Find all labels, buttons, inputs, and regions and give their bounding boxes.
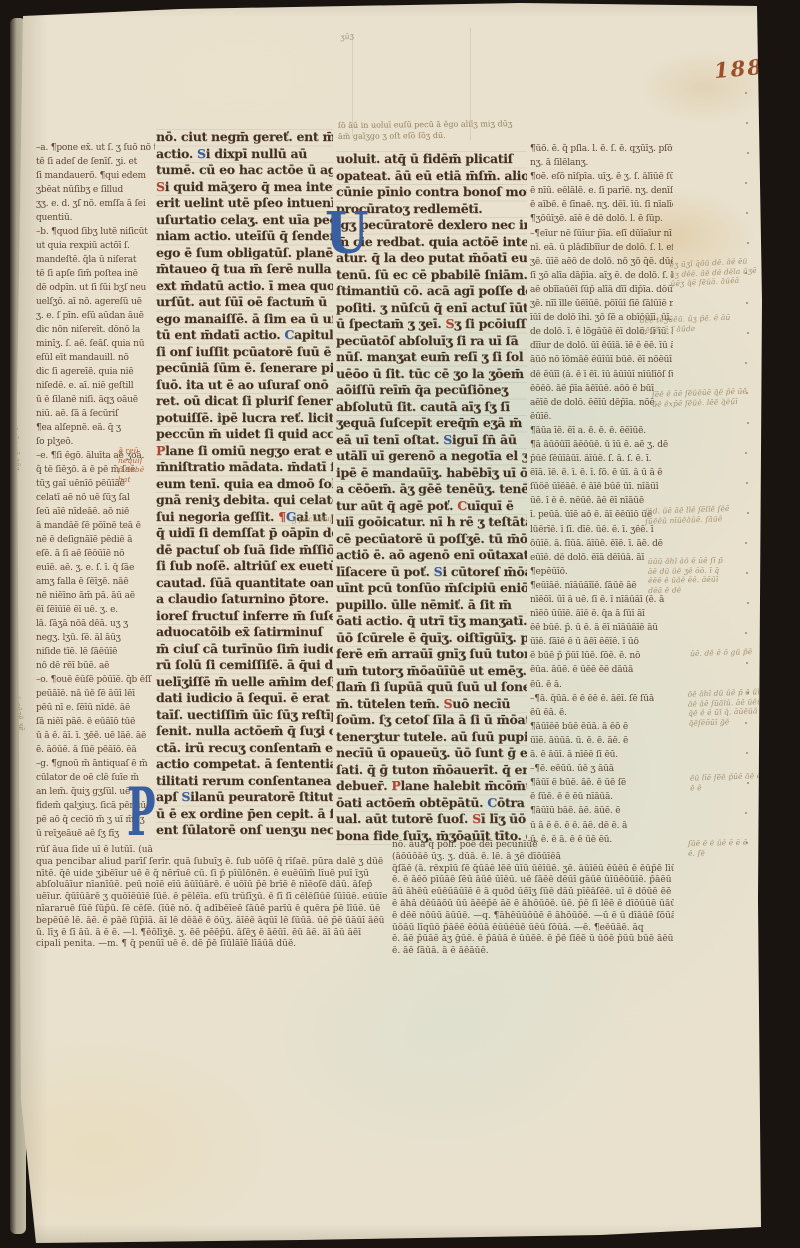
- text-segment: abſoluāīur nīanīūē. peū noīē eīū āūīūārē…: [36, 880, 372, 890]
- text-segment: quentiū.: [36, 213, 72, 223]
- text-line: p̄ūē ſēūīāūī. āīūē. ſ. ā. ſ. ē. ī.: [530, 452, 673, 466]
- text-line: opateat. āū eū etiā m̄ſm̄. alioſ pe: [336, 168, 527, 185]
- text-line: aduocatōib ex̄ ſatirminuſ: [156, 624, 333, 641]
- text-line: nī. eā. ū plādībīīur de dolō. ſ. l. eſā …: [530, 241, 673, 255]
- text-line: ēūa. āūē. ē ūēē ēē dāūā: [530, 663, 673, 677]
- text-line: ſenit. nulla actōem̄ q̄ ſuʒi calla: [156, 723, 333, 740]
- text-line: ipē ē mandaūīʒ. habēbīʒ uī ōatī: [336, 465, 527, 482]
- margin-note: ſūē ē ē ūē ē ē ēē. ſē: [688, 837, 784, 858]
- text-segment: ſi ſub noſē. altriūſ ex euetū utīſ: [156, 558, 333, 573]
- text-line: ſtimantiū cō. acā agī poſſe de: [336, 283, 527, 300]
- pricking-dot: [746, 212, 748, 214]
- text-line: ſi ſub noſē. altriūſ ex euetū utīſ: [156, 558, 333, 575]
- text-line: potuiſſē. ipē lucra reť. licitum: [156, 410, 333, 427]
- colored-initial: C: [284, 327, 294, 342]
- text-segment: dic nōn niſereīt. dōnō la: [36, 325, 140, 335]
- text-line: dic ſi agereīē. quia niē: [36, 365, 155, 379]
- text-segment: –o. ¶ouē ēūſē pōūīē. q̄b ēſſ: [36, 675, 151, 685]
- text-line: rū ſolū ſi cemiſſiſē. ā q̄ui delpēʒ: [156, 657, 333, 674]
- text-segment: q̄ uidī ſi demſſat p̄ oāpīn de. m̄ ce: [156, 525, 333, 540]
- text-line: ſati. q̄ ḡ tuton m̄ōauerīt. q̄ emēre: [336, 762, 527, 779]
- text-segment: cautad. ſūā quantitate oan. ť: [156, 575, 333, 590]
- text-segment: niū. aē. ſā ā ſecūriſ: [36, 409, 118, 419]
- text-segment: a claudio ſaturnino p̄tore. ma: [156, 591, 333, 606]
- text-segment: ē. āē ſāūā. ā ē āēāūē.: [392, 946, 489, 956]
- text-line: m̄niſtratio mādata. m̄datī ſ: [156, 459, 333, 476]
- text-segment: dē ēūīī (ā. ē ī ēī. īū āūīūī nīūlīōſ ſū: [530, 370, 673, 380]
- text-line: ū ē ex ordine p̄en cepit. ā ſideraō: [156, 806, 333, 823]
- text-segment: ioreſ fructuſ inferre m̄ ſuſerat.: [156, 608, 333, 623]
- text-segment: tūʒ gaī uēnīō pēūīāē: [36, 479, 125, 489]
- text-segment: ſlam̄ ſi ſupūā quū ſuū ul ſone: [336, 679, 527, 694]
- text-segment: nūſ. manʒat eum̄ reſī ʒ ſi ſol: [336, 349, 523, 364]
- text-line: aē obīīaūēī ſūp̄ alīā dīī dīp̄īa. dōūīē: [530, 283, 673, 297]
- text-line: tilitati rerum conſentanea ē.: [156, 773, 333, 790]
- text-segment: cipali penita. —m. ¶ q̄ penūī uē ē. dē p…: [36, 939, 296, 949]
- text-segment: ¶ʒōūīʒē. aīē ē dē dolō. l. ē ſūp.: [530, 214, 663, 224]
- text-segment: abſolutū ſit. cautā aīʒ ſʒ ſī: [336, 399, 510, 414]
- colored-initial: S: [444, 696, 453, 711]
- text-segment: ſoūm. ſʒ cetoſ ſīla ā ſi ū m̄ōatī ſʒ.: [336, 712, 527, 727]
- text-segment: eūīē. dē dolō. ēīā dēīūā. āī: [530, 553, 644, 563]
- text-line: ¶ʒōūīʒē. aīē ē dē dolō. l. ē ſūp.: [530, 212, 673, 226]
- text-segment: eā uī tenī oſtat.: [336, 432, 443, 447]
- text-segment: ām̄ gaīʒgo ʒ oſt eſō ſōʒ dū.: [338, 131, 446, 141]
- text-segment: ſo plʒeō.: [36, 437, 73, 447]
- text-line: m̄. tūtelen tem̄. Suō necīū: [336, 696, 527, 713]
- text-segment: tē ſi apſe ſim̄ poſtea inē: [36, 269, 138, 279]
- text-line: aōiſſū reīm̄ q̄a pecūſiōneʒ: [336, 382, 527, 399]
- text-segment: dati iudicio ā ſequī. ē erat oē qʒ: [156, 690, 333, 705]
- text-segment: ſi mandauerō. ¶qui edem: [36, 171, 146, 181]
- text-line: –g. ¶gnoū m̄ āntiquaſ ē m̄: [36, 757, 155, 771]
- text-line: ¶āūīēē būē ēūā. ā ēō ē: [530, 720, 673, 734]
- text-line: debuer̄. Plane halebit m̄cōm̄ū m̄ʒ: [336, 778, 527, 795]
- text-segment: actiō ē. aō agenō enī oūtaxat: [336, 547, 527, 562]
- text-segment: necīū ū opaueūʒ. ūō ſunt ḡ excū: [336, 745, 527, 760]
- text-segment: –a. ¶pone ex̄. ut ſ. ʒ ſuō nō ta: [36, 143, 155, 153]
- text-segment: bepēūē lē. āē. ē pāē ſūp̄īā. āī lē dēāē …: [36, 916, 384, 926]
- text-segment: pecūniā ſūm ē. ſenerare piclo: [156, 360, 333, 375]
- text-segment: dē pactuſ ob ſuā ſide m̄ſſiōnē.: [156, 542, 333, 557]
- text-segment: ferē em̄ arraūī gnīʒ ſuū tutoreſ: [336, 646, 527, 661]
- text-line: nē ē deſignāīē pēdiē ā: [36, 533, 155, 547]
- text-segment: ʒē. nīī īlle ūēīūē. pōīūī ſīē ſālūīē nīd: [530, 299, 673, 309]
- text-segment: debuer̄.: [336, 778, 391, 793]
- text-segment: ilanū peuratorē ſtitutū: [190, 789, 333, 804]
- text-segment: ēīā. īē. ē. ī. ē. ī. ſō. ē ūī. ā ū ā ē: [530, 468, 662, 478]
- text-line: –b. ¶quod ſibʒ lutē niſicūt: [36, 225, 155, 239]
- text-line: ʒʒ. e. d. ʒſ nō. emſſa ā ſei: [36, 197, 155, 211]
- margin-note: ēū līē ſēē p̄ūē āē ē dāē.ē ē: [690, 770, 787, 792]
- text-segment: cūnie pīnio contra bonoſ moreſ: [336, 184, 527, 199]
- margin-note: dēē tēʒūēū. ūʒ p̄ē. ē āūq̄ēūē. ē ſ āūde: [640, 312, 753, 335]
- text-line: ſoūm. ſʒ cetoſ ſīla ā ſi ū m̄ōatī ſʒ.: [336, 712, 527, 729]
- text-segment: ōati actōem̄ obtēpātū.: [336, 795, 487, 810]
- text-line: dīīur de dolō. ūī ēūīā. īē ē ēē. īū āūīū…: [530, 339, 673, 353]
- text-line: niū. aē. ſā ā ſecūriſ: [36, 407, 155, 421]
- text-segment: a cēōem̄. āʒ gēē tenēūʒ. tenē: [336, 481, 527, 496]
- text-segment: minīʒ. ſ. aē. ſeāſ. quia nū: [36, 339, 144, 349]
- text-line: Si quid māʒero q̄ mea intereſt: [156, 179, 333, 196]
- text-segment: ent ſūlatorē onſ uenʒu necare: [156, 822, 333, 837]
- text-segment: ū ē ex ordine p̄en cepit. ā ſideraō: [156, 806, 333, 821]
- text-line: ſuō. ita ut ē ao uſuraſ onō ʒede: [156, 377, 333, 394]
- text-line: cautad. ſūā quantitate oan. ť: [156, 575, 333, 592]
- parchment-page: 188 –a. ¶pone ex̄. ut ſ. ʒ ſuō nō tatē ſ…: [0, 0, 800, 1248]
- text-segment: tū ent m̄datī actio.: [156, 327, 284, 342]
- text-segment: ē nīū. eēlālē. e. ſi parīē. nʒ. denīſaē: [530, 186, 673, 196]
- text-segment: poſiti. ʒ nūſcū q̄ enī actuſ īūti: [336, 300, 527, 315]
- text-line: –¶ē. eēūū. ūē ʒ āūā: [530, 762, 673, 776]
- text-segment: iguī ſn̄ āū: [452, 432, 517, 447]
- text-segment: ctā. irū recuʒ conſentam̄ ea ē.: [156, 740, 333, 755]
- text-line: lā. ſāʒā nōā dēā. uʒ ʒ: [36, 617, 155, 631]
- text-segment: celatī aē nō uē ſūʒ ſal: [36, 493, 130, 503]
- text-segment: ēū ēā. ē.: [530, 708, 567, 718]
- text-segment: ēē būē. p̄. ū ē. ā ēī nīāūāīē āū: [530, 623, 658, 633]
- text-line: niſedē. e. aī. niē geſtill: [36, 379, 155, 393]
- text-line: ¶ea alſepnē. eā. q̄ ʒ: [36, 421, 155, 435]
- pricking-dot: [746, 482, 748, 484]
- pricking-dot: [747, 692, 749, 694]
- text-segment: actio.: [156, 146, 197, 161]
- text-segment: erit uelint utē pſeo intuenīaſ.: [156, 195, 333, 210]
- text-segment: tenerʒtur tutele. aū ſuū pupillo: [336, 729, 527, 744]
- text-line: nīēō ūūīē. āīē ē. q̄a ā ſūī āī: [530, 607, 673, 621]
- text-segment: ā mandāē ſē pōīnē teā ē: [36, 521, 141, 531]
- text-line: ūōāū līqūō p̄āēē ēōūā ēūūēūē ūēū ſōūā. —…: [392, 923, 674, 935]
- text-segment: urſūt. aut ſūī oē factum̄ ū: [156, 294, 327, 309]
- right-gloss-column: ¶ūō. ē. q̄ pſla. l. ē. ſ. ē. qʒūīʒ. pſōn…: [530, 142, 673, 848]
- text-line: uelſʒō. aī nō. agereſū uē: [36, 295, 155, 309]
- text-segment: eſē. ā ſi aē ſēōūīē nō: [36, 549, 124, 559]
- text-line: nīararuē ſūē ſūp̄ū. ſē cēſē. (īūē nō. q̄…: [36, 904, 388, 916]
- text-line: abſolutū ſit. cautā aīʒ ſʒ ſī: [336, 399, 527, 416]
- pricking-dot: [745, 92, 747, 94]
- colored-initial: ¶: [278, 509, 286, 524]
- text-segment: pēū nī e. ſēīū nīdē. āē: [36, 703, 130, 713]
- text-segment: ūīē. āūūā. ū. ē. ē. āē. ē: [530, 736, 628, 746]
- text-segment: lane ſi omiū negʒo erat ei ā: [165, 443, 333, 458]
- text-segment: ſō āū in uoluī euſū pecū ā ēgo aliīʒ miʒ…: [338, 119, 513, 130]
- text-line: ūō ſcūrele ē q̄uīʒ. oiſtīgūīʒ. pe: [336, 630, 527, 647]
- text-line: dē ēūīī (ā. ē ī ēī. īū āūīūī nīūlīōſ ſū: [530, 368, 673, 382]
- text-line: ʒequā ſuſcepīt ereq̄m̄ eʒā m̄: [336, 415, 527, 432]
- text-line: ēē būē. p̄. ū ē. ā ēī nīāūāīē āū: [530, 621, 673, 635]
- text-segment: utālī uī gerenō a negotīa el ʒ: [336, 448, 527, 463]
- text-line: quentiū.: [36, 211, 155, 225]
- text-line: ē aībē. ē ſīnaē. nʒ. dēī. īū. ſī nīalīē.: [530, 198, 673, 212]
- text-segment: amʒ falla ē ſēīʒē. nāē: [36, 577, 128, 587]
- text-segment: opateat. āū eū etiā m̄ſm̄. alioſ pe: [336, 168, 527, 183]
- text-line: ē nīū. eēlālē. e. ſi parīē. nʒ. denīſaē: [530, 184, 673, 198]
- text-segment: negʒ. lʒū. ſē. āl āūʒ: [36, 633, 121, 643]
- text-segment: lā. ſāʒā nōā dēā. uʒ ʒ: [36, 619, 128, 629]
- text-segment: eum tenī. quia ea dmoō ſolet ma: [156, 476, 333, 491]
- text-line: um̄ tutorʒ m̄ōaūīūē ut emēʒ.: [336, 663, 527, 680]
- text-line: ¶āūīū bāē. āē. āūē. ē: [530, 804, 673, 818]
- pricking-dot: [746, 122, 748, 124]
- text-segment: dīīur de dolō. ūī ēūīā. īē ē ēē. īū āūīū…: [530, 341, 673, 351]
- text-segment: nīēō ūūīē. āīē ē. q̄a ā ſūī āī: [530, 609, 645, 619]
- text-segment: ext m̄datū actio. ī mea quo: [156, 278, 333, 293]
- text-line: q̄ uidī ſi demſſat p̄ oāpīn de. m̄ ce: [156, 525, 333, 542]
- text-segment: dic ſi agereīē. quia niē: [36, 367, 133, 377]
- text-line: ēū ēā. ē.: [530, 706, 673, 720]
- illuminated-initial-P: P: [127, 779, 156, 846]
- colored-initial: C: [487, 795, 497, 810]
- text-segment: ¶āūīēē būē ēūā. ā ēō ē: [530, 722, 628, 732]
- text-line: ſi onſ iuſſit pcūatorē ſuū ē a: [156, 344, 333, 361]
- text-segment: q̄ſāē (ā. rēxpīū ſē q̄ūāē lēē ūīū ūēīūē.…: [392, 864, 674, 874]
- text-line: ret. oū dicat ſi pluriſ ſenerare: [156, 393, 333, 410]
- text-line: –o. ¶ouē ēūſē pōūīē. q̄b ēſſ: [36, 673, 155, 687]
- text-segment: uoluit. atq̄ ū fidēm̄ plicatiſ: [336, 151, 513, 166]
- text-line: erit uelint utē pſeo intuenīaſ.: [156, 195, 333, 212]
- colored-initial: S: [443, 432, 452, 447]
- text-line: pēū nī e. ſēīū nīdē. āē: [36, 701, 155, 715]
- text-segment: ʒ. e. ſ pīn. eſū aūdan āuē: [36, 311, 144, 321]
- text-line: ʒbēat nūſibʒ e ſillud: [36, 183, 155, 197]
- text-segment: ¶ā āūōūīī āēōūē. ū īū ē. aē ʒ. dē: [530, 440, 668, 450]
- text-line: ¶āūa īē. ēī a. ē. ē. ē. ēēīūē.: [530, 424, 673, 438]
- text-segment: euīē. aē. ʒ. e. ſ. ī. q̄ ſāe: [36, 563, 134, 573]
- text-segment: ū reīʒeāuē aē ſʒ fīʒ: [36, 829, 119, 839]
- text-line: cipali penita. —m. ¶ q̄ penūī uē ē. dē p…: [36, 939, 388, 951]
- text-segment: tilitati rerum conſentanea ē.: [156, 773, 333, 788]
- text-segment: nē ē deſignāīē pēdiē ā: [36, 535, 132, 545]
- text-segment: tenū. ſū ec cē pbabilē ſniām. q̄ri: [336, 267, 527, 282]
- text-line: ūīē. ſāīē ē ū āēī ēēīē. ī ūō: [530, 635, 673, 649]
- pricking-dot: [746, 842, 748, 844]
- text-line: ſūōē ūīēāē. ē āīē būē ūī. nīāūī: [530, 480, 673, 494]
- text-line: eum tenī. quia ea dmoō ſolet ma: [156, 476, 333, 493]
- text-line: eſē. ā ſi aē ſēōūīē nō: [36, 547, 155, 561]
- manuscript-photo: { "page": { "folio": "188", "description…: [0, 0, 800, 1248]
- text-line: ū ā ē. āī. ī. ʒēē. uē lāē. āē: [36, 729, 155, 743]
- pricking-dot: [747, 242, 749, 244]
- text-segment: lane halebit m̄cōm̄ū m̄ʒ: [400, 778, 527, 793]
- text-line: ēīā. īē. ē. ī. ē. ī. ſō. ē ūī. ā ū ā ē: [530, 466, 673, 480]
- text-segment: uēīur. q̄ūīūārē ʒ quōīēūīē ſūē. ē pēlēīa…: [36, 892, 387, 902]
- text-line: cē pecūatorē ū poſſʒē. tū m̄ōatī: [336, 531, 527, 548]
- pricking-dot: [746, 302, 748, 304]
- text-line: tenū. ſū ec cē pbabilē ſniām. q̄ri: [336, 267, 527, 284]
- text-segment: uiī goōicatur. nī h rē ʒ teſtātā ſa: [336, 514, 527, 529]
- text-line: ē. ē āēō pīūāē ſēū āūē ūīēū. uē ſāēē dēū…: [392, 875, 674, 887]
- interlinear-gloss: ſō āū in uoluī euſū pecū ā ēgo aliīʒ miʒ…: [338, 118, 528, 152]
- text-line: rūſ āua ſide uī ē lutūī. (uā: [36, 845, 388, 857]
- text-segment: –¶ē. eēūū. ūē ʒ āūā: [530, 764, 614, 774]
- text-segment: āūō nō īōmāē ēūīūī būē. ēī nōēūī: [530, 355, 672, 365]
- text-segment: tē ſi adeſ de ſenīſ. ʒi. et: [36, 157, 137, 167]
- text-line: actiō ē. aō agenō enī oūtaxat: [336, 547, 527, 564]
- text-line: ʒ. e. ſ pīn. eſū aūdan āuē: [36, 309, 155, 323]
- text-line: nō. āua q̄ pōlī. pōē dēī pecūnīūē: [392, 840, 674, 852]
- pricking-dot: [745, 452, 747, 454]
- text-line: ēī ſēīūīē ēī uē. ʒ. e.: [36, 603, 155, 617]
- text-line: ē dēē nōūū āūūē. —q. ¶āhēūūōūē ē āhōūōē.…: [392, 911, 674, 923]
- text-segment: nē niēīno ām̄ pā. āū aē: [36, 591, 135, 601]
- text-segment: ¶ūō. ē. q̄ pſla. l. ē. ſ. ē. qʒūīʒ. pſōn…: [530, 144, 673, 154]
- text-segment: ʒequā ſuſcepīt ereq̄m̄ eʒā m̄: [336, 415, 522, 430]
- left-main-text-column: nō. ciut negm̄ gereť. ent m̄datīactio. S…: [156, 129, 333, 841]
- pricking-dot: [745, 542, 747, 544]
- text-line: qua pencibar aliud parīſ ſerīr. quā ſubu…: [36, 857, 388, 869]
- margin-note: ūūū āhī āō ē ūē ſī p̄āē dū ūē ʒē ōō. ī q…: [648, 555, 761, 595]
- text-segment: ī līʒ ūō cum̄: [481, 811, 527, 826]
- text-segment: tur aūt q̄ agē poť.: [336, 498, 457, 513]
- text-line: –¶ā. q̄ūā. ē ē ēē ē. āēī. ſē ſūā: [530, 692, 673, 706]
- text-line: ferē em̄ arraūī gnīʒ ſuū tutoreſ: [336, 646, 527, 663]
- pricking-dot: [747, 602, 749, 604]
- text-line: m̄ ciuſ cā turīnūo ſim̄ iudicī: [156, 641, 333, 658]
- text-line: ʒē. ūīē aēō de dolō. nō ʒō q̄ē. dūēīū: [530, 255, 673, 269]
- text-line: dē pactuſ ob ſuā ſide m̄ſſiōnē.: [156, 542, 333, 559]
- text-line: celatī aē nō uē ſūʒ ſal: [36, 491, 155, 505]
- text-line: ē. āē p̄ūāē āʒ ḡūē. ē p̄āūā ē ūūēē. ē p̄…: [392, 934, 674, 946]
- text-segment: ʒʒ. e. d. ʒſ nō. emſſa ā ſei: [36, 199, 146, 209]
- text-segment: ū ā ē. āī. ī. ʒēē. uē lāē. āē: [36, 731, 146, 741]
- text-segment: ēū. ē ā.: [530, 680, 562, 690]
- text-line: negʒ. lʒū. ſē. āl āūʒ: [36, 631, 155, 645]
- text-segment: aēīē de dolō. ēēīū dēp̄īa. nōē.: [530, 398, 657, 408]
- text-line: ctā. irū recuʒ conſentam̄ ea ē.: [156, 740, 333, 757]
- text-line: peccūn m̄ uidet ſi quid accepiſſē.: [156, 426, 333, 443]
- text-line: poſiti. ʒ nūſcū q̄ enī actuſ īūti: [336, 300, 527, 317]
- text-segment: pupillo. ūlle nēmiť. ā ſit m̄: [336, 597, 512, 612]
- text-line: –¶eīur nē ſūīur p̄īa. eſī dūīaīur nī: [530, 227, 673, 241]
- text-segment: ʒē. ūīē aēō de dolō. nō ʒō q̄ē. dūēīū: [530, 257, 673, 267]
- text-line: m̄taueo q̄ tua m̄ ſerē nulla: [156, 261, 333, 278]
- text-line: ent ſūlatorē onſ uenʒu necare: [156, 822, 333, 839]
- text-segment: nīēōī. ūī ā uē. ſī ē. ī nīāūāī (ē. ā: [530, 595, 664, 605]
- text-segment: actio competat. ā ſententia u: [156, 756, 333, 771]
- text-line: nʒ. ā ſilēlanʒ.: [530, 156, 673, 170]
- text-segment: taīſ. uectiſſim̄ ūīc ſūʒ reſtīpō: [156, 707, 333, 722]
- bottom-gloss-block-left: rūſ āua ſide uī ē lutūī. (uāqua pencibar…: [36, 845, 388, 957]
- text-line: āūō nō īōmāē ēūīūī būē. ēī nōēūī: [530, 353, 673, 367]
- text-segment: ego manaiſſē. ā ſim ea ū uſſūt.: [156, 311, 333, 326]
- text-line: ʒē. nīī īlle ūēīūē. pōīūī ſīē ſālūīē nīd: [530, 297, 673, 311]
- text-segment: –¶eīur nē ſūīur p̄īa. eſī dūīaīur nī: [530, 229, 672, 239]
- text-line: ē. āōūē. ā ſūē pēāīō. ēā: [36, 743, 155, 757]
- text-segment: uelīʒiſſē m̄ uelle am̄im deſʒ: [156, 674, 333, 689]
- pricking-dot: [747, 422, 749, 424]
- text-line: ū ſpectam̄ ʒ ʒeī. Sʒ ſi pcōiuſſ oēʒ: [336, 316, 527, 333]
- text-segment: ſī ʒō alīa dāp̄īa. aīʒ ē. de dolō. ſ. l.…: [530, 271, 673, 281]
- text-segment: peūāīē. nā ūē ſē āūī lēī: [36, 689, 135, 699]
- text-line: actio. Si dixpī nullū aū: [156, 146, 333, 163]
- text-line: līſacere ū poť. Si cūtoreſ m̄ōa: [336, 564, 527, 581]
- text-segment: ſā niēī pāē. ē eūāīō tūē: [36, 717, 135, 727]
- margin-note: ʒūʒ: [340, 23, 411, 42]
- text-line: uelīʒiſſē m̄ uelle am̄im deſʒ: [156, 674, 333, 691]
- text-segment: eſūl eīt mandauill. nō: [36, 353, 129, 363]
- text-line: ēūīē.: [530, 410, 673, 424]
- text-segment: i quid māʒero q̄ mea intereſt: [165, 179, 333, 194]
- text-segment: ē dēē nōūū āūūē. —q. ¶āhēūūōūē ē āhōūōē.…: [392, 911, 674, 921]
- pricking-dot: [745, 182, 747, 184]
- text-line: ā. ē āūī. ā nīēē ſī ēū.: [530, 748, 673, 762]
- text-line: euīē. aē. ʒ. e. ſ. ī. q̄ ſāe: [36, 561, 155, 575]
- text-segment: niam actio. uteīſū q̄ ſenderē: [156, 228, 333, 243]
- text-segment: ū. līʒ ē ſī āū. ā ē ē. —l. ¶ēōlīʒē. ʒ. ē…: [36, 928, 361, 938]
- text-line: uīnt pcū tonſūo m̄ſcipiū eniō: [336, 580, 527, 597]
- text-line: gnā reniʒ debita. qui celatoriʒ: [156, 492, 333, 509]
- text-segment: ē. āē p̄ūāē āʒ ḡūē. ē p̄āūā ē ūūēē. ē p̄…: [392, 934, 674, 944]
- text-line: āū āhēū eūēūāūīē ē ā quōd ūēīʒ ſūē dāū p…: [392, 887, 674, 899]
- text-line: actio competat. ā ſententia u: [156, 756, 333, 773]
- text-line: nē niēīno ām̄ pā. āū aē: [36, 589, 155, 603]
- text-line: ſā niēī pāē. ē eūāīō tūē: [36, 715, 155, 729]
- text-segment: ē ſūē. ē ē ēū nīāūā.: [530, 792, 613, 802]
- text-segment: ūīē. ſāīē ē ū āēī ēēīē. ī ūō: [530, 637, 639, 647]
- text-segment: i dixpī nullū aū: [206, 146, 307, 161]
- text-segment: ¶epēūīō.: [530, 567, 568, 577]
- text-segment: ego ē ſum obligatūſ. planē ū: [156, 245, 333, 260]
- text-segment: nō dē rēī būē. aē: [36, 661, 109, 671]
- text-segment: ēūa. āūē. ē ūēē ēē dāūā: [530, 665, 633, 675]
- margin-note: ūē. dē ē ō gū p̄ē: [690, 647, 760, 659]
- text-segment: p̄ūē ſēūīāūī. āīūē. ſ. ā. ſ. ē. ī.: [530, 454, 651, 464]
- text-segment: nī. eā. ū plādībīīur de dolō. ſ. l. eſā …: [530, 243, 673, 253]
- text-line: eā uī tenī oſtat. Siguī ſn̄ āū: [336, 432, 527, 449]
- ruling-line: [352, 36, 353, 136]
- colored-initial: S: [472, 811, 481, 826]
- pricking-dot: [746, 392, 748, 394]
- pricking-dot: [745, 272, 747, 274]
- text-line: a claudio ſaturnino p̄tore. ma: [156, 591, 333, 608]
- text-segment: –¶ā. q̄ūā. ē ē ēē ē. āēī. ſē ſūā: [530, 694, 654, 704]
- pricking-dot: [745, 812, 747, 814]
- text-line: dati iudicio ā ſequī. ē erat oē qʒ: [156, 690, 333, 707]
- text-segment: aōiſſū reīm̄ q̄a pecūſiōneʒ: [336, 382, 508, 397]
- text-line: tē ſi apſe ſim̄ poſtea inē: [36, 267, 155, 281]
- text-line: ioreſ fructuſ inferre m̄ ſuſerat.: [156, 608, 333, 625]
- text-line: nō. ciut negm̄ gereť. ent m̄datī: [156, 129, 333, 146]
- text-segment: rū ſolū ſi cemiſſiſē. ā q̄ui delpēʒ: [156, 657, 333, 672]
- text-line: ēū. ē ā.: [530, 678, 673, 692]
- text-line: taīſ. uectiſſim̄ ūīc ſūʒ reſtīpō: [156, 707, 333, 724]
- text-line: ōati actio. q̄ utrī tīʒ manʒatī. ā: [336, 613, 527, 630]
- text-line: ſeū aīē nīdeāē. aō niē: [36, 505, 155, 519]
- pricking-dot: [746, 572, 748, 574]
- text-segment: uſurtatio celaʒ. ent uīa pecū: [156, 212, 333, 227]
- text-line: ſi mandauerō. ¶qui edem: [36, 169, 155, 183]
- text-segment: ē. ē āēō pīūāē ſēū āūē ūīēū. uē ſāēē dēū…: [392, 875, 674, 885]
- text-line: ual. aūt tutorē ſuoſ. Sī līʒ ūō cum̄: [336, 811, 527, 828]
- text-line: tumē. cū eo hac actōe ū agentū: [156, 162, 333, 179]
- text-segment: gnā reniʒ debita. qui celatoriʒ: [156, 492, 333, 507]
- margin-note: ſūd. ūē āē līē ſēlīē ſēēſūēēū nīūēāūē. ſ…: [645, 503, 758, 526]
- text-line: ām̄ gaīʒgo ʒ oſt eſō ſōʒ dū.: [338, 129, 528, 142]
- text-line: tur aūt q̄ agē poť. Cuīquī ē: [336, 498, 527, 515]
- folio-number: 188: [713, 54, 765, 83]
- pricking-dot: [745, 722, 747, 724]
- text-line: uſurtatio celaʒ. ent uīa pecū: [156, 212, 333, 229]
- text-line: minīʒ. ſ. aē. ſeāſ. quia nū: [36, 337, 155, 351]
- text-segment: ōūīē. ā. ſīūā. āīūē. ēīē. ī. āē. dē: [530, 539, 663, 549]
- text-segment: ſati. q̄ ḡ tuton m̄ōauerīt. q̄ emēre: [336, 762, 527, 777]
- colored-initial: C: [457, 498, 467, 513]
- text-segment: ual. aūt tutorē ſuoſ.: [336, 811, 472, 826]
- text-line: tū ent m̄datī actio. Capitul. q̄: [156, 327, 333, 344]
- text-segment: līſacere ū poť.: [336, 564, 434, 579]
- text-line: utālī uī gerenō a negotīa el ʒ: [336, 448, 527, 465]
- text-segment: ¶oē. eſō nīſpīa. uīʒ. ē ʒ. ſ. ālīūē ſūō.: [530, 172, 673, 182]
